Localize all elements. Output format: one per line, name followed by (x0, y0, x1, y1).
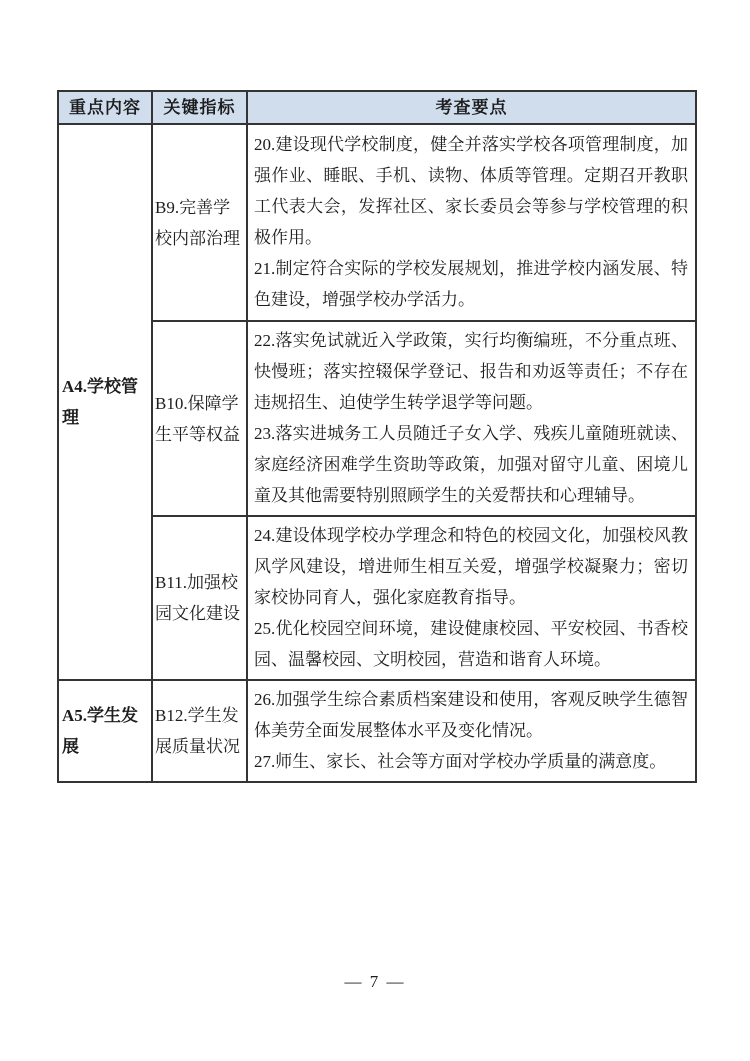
table-row-b10: B10.保障学生平等权益 22.落实免试就近入学政策，实行均衡编班，不分重点班、… (58, 321, 696, 516)
points-cell-b10: 22.落实免试就近入学政策，实行均衡编班，不分重点班、快慢班；落实控辍保学登记、… (247, 321, 696, 516)
header-cell-key-content: 重点内容 (58, 91, 152, 124)
point-22: 22.落实免试就近入学政策，实行均衡编班，不分重点班、快慢班；落实控辍保学登记、… (254, 325, 688, 418)
indicator-cell-b12: B12.学生发展质量状况 (152, 680, 247, 782)
point-24: 24.建设体现学校办学理念和特色的校园文化，加强校风教风学风建设，增进师生相互关… (254, 520, 688, 613)
points-cell-b11: 24.建设体现学校办学理念和特色的校园文化，加强校风教风学风建设，增进师生相互关… (247, 516, 696, 680)
table-header-row: 重点内容 关键指标 考查要点 (58, 91, 696, 124)
evaluation-table: 重点内容 关键指标 考查要点 A4.学校管理 B9.完善学校内部治理 20.建设… (57, 90, 697, 783)
table-row-b9: A4.学校管理 B9.完善学校内部治理 20.建设现代学校制度，健全并落实学校各… (58, 124, 696, 321)
content-cell-a5: A5.学生发展 (58, 680, 152, 782)
point-20: 20.建设现代学校制度，健全并落实学校各项管理制度，加强作业、睡眠、手机、读物、… (254, 129, 688, 253)
indicator-cell-b10: B10.保障学生平等权益 (152, 321, 247, 516)
point-25: 25.优化校园空间环境，建设健康校园、平安校园、书香校园、温馨校园、文明校园，营… (254, 613, 688, 675)
content-cell-a4: A4.学校管理 (58, 124, 152, 680)
point-23: 23.落实进城务工人员随迁子女入学、残疾儿童随班就读、家庭经济困难学生资助等政策… (254, 418, 688, 511)
header-cell-exam-points: 考查要点 (247, 91, 696, 124)
header-cell-key-indicator: 关键指标 (152, 91, 247, 124)
table-row-b12: A5.学生发展 B12.学生发展质量状况 26.加强学生综合素质档案建设和使用，… (58, 680, 696, 782)
point-21: 21.制定符合实际的学校发展规划，推进学校内涵发展、特色建设，增强学校办学活力。 (254, 253, 688, 315)
indicator-cell-b11: B11.加强校园文化建设 (152, 516, 247, 680)
indicator-cell-b9: B9.完善学校内部治理 (152, 124, 247, 321)
points-cell-b9: 20.建设现代学校制度，健全并落实学校各项管理制度，加强作业、睡眠、手机、读物、… (247, 124, 696, 321)
point-26: 26.加强学生综合素质档案建设和使用，客观反映学生德智体美劳全面发展整体水平及变… (254, 684, 688, 746)
page-number: — 7 — (0, 972, 750, 992)
table-row-b11: B11.加强校园文化建设 24.建设体现学校办学理念和特色的校园文化，加强校风教… (58, 516, 696, 680)
document-page: 重点内容 关键指标 考查要点 A4.学校管理 B9.完善学校内部治理 20.建设… (0, 0, 750, 1061)
point-27: 27.师生、家长、社会等方面对学校办学质量的满意度。 (254, 746, 688, 777)
points-cell-b12: 26.加强学生综合素质档案建设和使用，客观反映学生德智体美劳全面发展整体水平及变… (247, 680, 696, 782)
